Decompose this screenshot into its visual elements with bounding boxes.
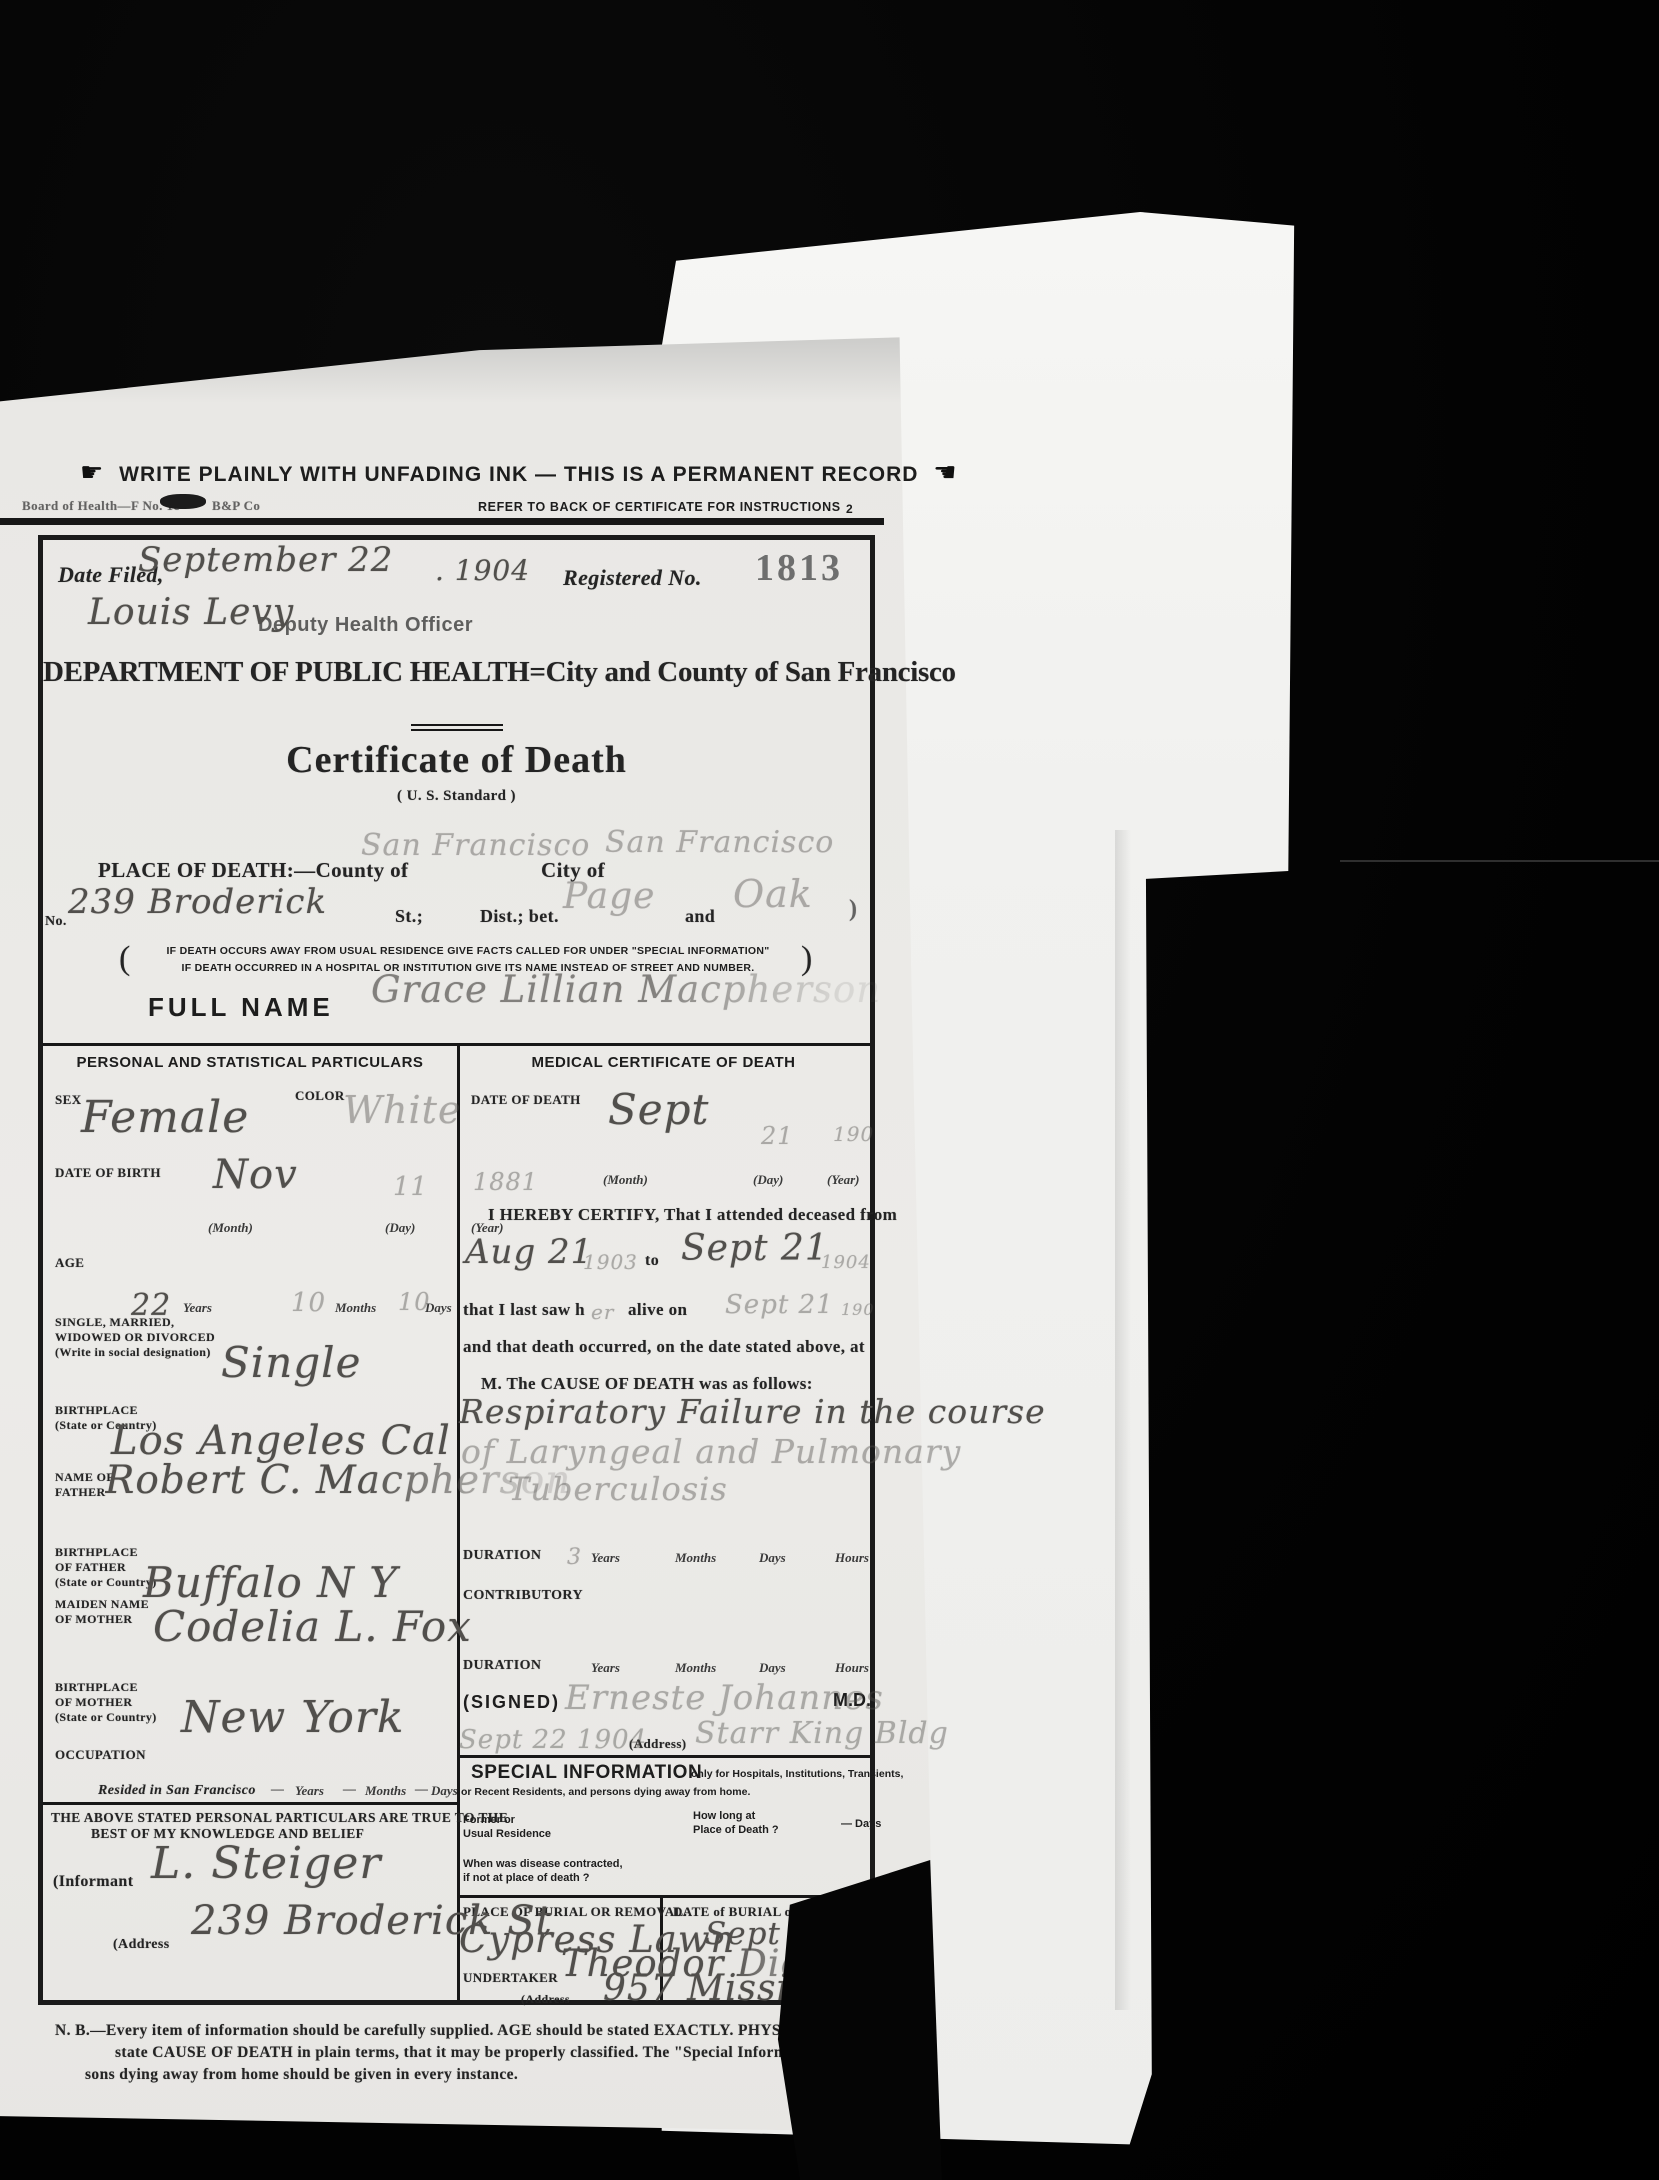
department-title: DEPARTMENT OF PUBLIC HEALTH=City and Cou… — [43, 656, 870, 689]
title-divider — [411, 724, 503, 726]
and-street-value: Oak — [733, 872, 813, 916]
and-label: and — [685, 906, 715, 927]
pointing-hand-right-icon: ☛ — [80, 458, 104, 488]
refer-line: REFER TO BACK OF CERTIFICATE FOR INSTRUC… — [478, 500, 841, 514]
cause-line-3: Tuberculosis — [508, 1470, 728, 1508]
undertaker-label: UNDERTAKER — [463, 1970, 558, 1986]
signed-date-value: Sept 22 1904 — [459, 1725, 647, 1755]
date-of-death-year-caption: (Year) — [827, 1172, 860, 1188]
last-saw-suffix: er — [591, 1300, 614, 1324]
father-birthplace-value: Buffalo N Y — [143, 1558, 398, 1607]
date-of-death-day: 21 — [761, 1122, 794, 1150]
resided-dash-2: — — [343, 1781, 356, 1797]
dob-label: DATE OF BIRTH — [55, 1165, 161, 1181]
board-of-health-line: Board of Health—F No. 1c — [22, 498, 180, 514]
age-months-value: 10 — [291, 1288, 326, 1318]
date-of-death-year: 190 — [833, 1122, 874, 1146]
banner-line: ☛ WRITE PLAINLY WITH UNFADING INK — THIS… — [80, 458, 870, 488]
resided-days-caption: Days — [431, 1783, 458, 1799]
cause-of-death-label: M. The CAUSE OF DEATH was as follows: — [481, 1374, 813, 1394]
date-filed-value: September 22 — [138, 540, 393, 580]
duration-days-caption: Days — [759, 1550, 786, 1566]
date-of-death-month: Sept — [608, 1085, 709, 1134]
resided-years-caption: Years — [295, 1783, 324, 1799]
date-filed-year: . 1904 — [435, 554, 530, 587]
how-long-days-label: — Days — [841, 1818, 881, 1830]
attended-from-value: Aug 21 — [465, 1232, 593, 1272]
left-section-rule — [43, 1802, 457, 1805]
paper-crease — [1115, 830, 1131, 2010]
footer-note-line-2: state CAUSE OF DEATH in plain terms, tha… — [115, 2044, 890, 2062]
duration2-hours-caption: Hours — [835, 1660, 869, 1676]
last-saw-label: that I last saw h — [463, 1300, 585, 1320]
board-of-health-line2: B&P Co — [212, 498, 260, 514]
how-long-label-1: How long at — [693, 1810, 755, 1822]
duration2-years-caption: Years — [591, 1660, 620, 1676]
mother-maiden-label-1: MAIDEN NAME — [55, 1597, 149, 1612]
full-name-label: FULL NAME — [148, 992, 334, 1023]
special-info-subtitle-2: or Recent Residents, and persons dying a… — [461, 1786, 750, 1798]
duration-hours-caption: Hours — [835, 1550, 869, 1566]
page-number: 2 — [846, 502, 853, 516]
scanned-death-certificate: { "banner": { "hand_left": "☛", "text": … — [0, 0, 1659, 2180]
age-months-caption: Months — [335, 1300, 376, 1316]
mother-birthplace-label-2: OF MOTHER — [55, 1695, 133, 1710]
statement-line-1: THE ABOVE STATED PERSONAL PARTICULARS AR… — [51, 1810, 508, 1826]
date-of-death-label: DATE OF DEATH — [471, 1092, 581, 1108]
attended-from-year: 1903 — [583, 1250, 638, 1274]
informant-address-label: (Address — [113, 1937, 170, 1953]
informant-value: L. Steiger — [151, 1838, 381, 1889]
sex-value: Female — [81, 1092, 249, 1143]
resided-dash-1: — — [271, 1781, 284, 1797]
age-label: AGE — [55, 1255, 84, 1271]
residence-note-paren-open: ( — [119, 940, 131, 978]
title-divider2 — [411, 729, 503, 731]
resided-label: Resided in San Francisco — [98, 1783, 256, 1799]
st-label: St.; — [395, 906, 423, 927]
certify-line: I HEREBY CERTIFY, That I attended deceas… — [488, 1205, 897, 1225]
how-long-label-2: Place of Death ? — [693, 1824, 779, 1836]
occupation-label: OCCUPATION — [55, 1747, 146, 1763]
footer-note-line-3: sons dying away from home should be give… — [85, 2066, 518, 2084]
attended-to-year: 1904 — [821, 1252, 871, 1273]
disease-contracted-label-1: When was disease contracted, — [463, 1858, 623, 1870]
column-divider — [457, 1043, 460, 2000]
mother-birthplace-label-3: (State or Country) — [55, 1710, 157, 1725]
duration-years-value: 3 — [567, 1545, 582, 1570]
alive-on-label: alive on — [628, 1300, 687, 1320]
alive-on-value: Sept 21 — [725, 1290, 834, 1320]
color-label: COLOR — [295, 1088, 345, 1104]
dist-bet-label: Dist.; bet. — [480, 906, 559, 927]
street-no-label: No. — [45, 914, 67, 930]
marital-label-2: WIDOWED OR DIVORCED — [55, 1330, 215, 1345]
pointing-hand-left-icon: ☚ — [933, 458, 957, 488]
cause-line-1: Respiratory Failure in the course — [459, 1392, 1046, 1431]
duration-months-caption: Months — [675, 1550, 716, 1566]
closing-mark: ) — [849, 896, 857, 923]
duration2-label: DURATION — [463, 1658, 541, 1674]
sex-label: SEX — [55, 1092, 82, 1108]
torn-corner-blob — [770, 1860, 950, 2180]
duration2-months-caption: Months — [675, 1660, 716, 1676]
health-officer-signature: Louis Levy — [88, 592, 294, 633]
full-name-value: Grace Lillian Macpherson — [371, 968, 881, 1011]
footer-note-line-1: N. B.—Every item of information should b… — [55, 2022, 888, 2040]
cause-line-2: of Laryngeal and Pulmonary — [461, 1432, 961, 1471]
date-of-death-month-caption: (Month) — [603, 1172, 648, 1188]
inspection-stamp-mark — [160, 494, 206, 509]
city-value: San Francisco — [605, 825, 834, 860]
dob-day-caption: (Day) — [385, 1220, 415, 1236]
signed-label: (SIGNED) — [463, 1692, 560, 1713]
registered-no-label: Registered No. — [563, 565, 702, 591]
mother-maiden-value: Codelia L. Fox — [153, 1602, 472, 1651]
age-years-value: 22 — [131, 1288, 171, 1323]
duration-years-caption: Years — [591, 1550, 620, 1566]
certificate-title: Certificate of Death — [43, 738, 870, 782]
duration2-days-caption: Days — [759, 1660, 786, 1676]
between-street-value: Page — [563, 876, 655, 917]
top-heavy-rule — [0, 518, 884, 525]
dob-year-value: 1881 — [473, 1168, 538, 1196]
alive-on-year: 190 — [841, 1300, 875, 1319]
color-value: White — [343, 1088, 461, 1132]
special-top-rule — [457, 1755, 870, 1758]
former-residence-label-2: Usual Residence — [463, 1828, 551, 1840]
special-info-subtitle-1: only for Hospitals, Institutions, Transi… — [691, 1768, 903, 1780]
county-value: San Francisco — [361, 828, 590, 863]
age-years-caption: Years — [183, 1300, 212, 1316]
personal-header: PERSONAL AND STATISTICAL PARTICULARS — [43, 1054, 457, 1071]
undertaker-address-label: (Address — [521, 1992, 570, 2007]
physician-signature: Erneste Johannes — [565, 1678, 884, 1718]
date-of-death-day-caption: (Day) — [753, 1172, 783, 1188]
marital-label-3: (Write in social designation) — [55, 1345, 211, 1360]
mother-birthplace-label-1: BIRTHPLACE — [55, 1680, 138, 1695]
informant-label: (Informant — [53, 1873, 133, 1891]
marital-value: Single — [221, 1338, 361, 1387]
duration-label: DURATION — [463, 1548, 541, 1564]
resided-months-caption: Months — [365, 1783, 406, 1799]
contributory-label: CONTRIBUTORY — [463, 1588, 583, 1604]
street-value: 239 Broderick — [68, 882, 327, 922]
banner-text: WRITE PLAINLY WITH UNFADING INK — THIS I… — [119, 463, 918, 486]
dob-month-caption: (Month) — [208, 1220, 253, 1236]
father-name-label-2: FATHER — [55, 1485, 106, 1500]
dob-month-value: Nov — [213, 1152, 298, 1198]
father-birthplace-label-1: BIRTHPLACE — [55, 1545, 138, 1560]
former-residence-label-1: Former or — [463, 1814, 515, 1826]
age-days-value: 10 — [398, 1288, 431, 1316]
residence-note-1: IF DEATH OCCURS AWAY FROM USUAL RESIDENC… — [138, 945, 798, 957]
mother-birthplace-value: New York — [181, 1692, 405, 1743]
birthplace-label-1: BIRTHPLACE — [55, 1403, 138, 1418]
special-info-title: SPECIAL INFORMATION — [471, 1762, 702, 1784]
registered-no-stamp: 1813 — [755, 546, 843, 590]
father-birthplace-label-2: OF FATHER — [55, 1560, 126, 1575]
us-standard-subtitle: ( U. S. Standard ) — [43, 788, 870, 805]
disease-contracted-label-2: if not at place of death ? — [463, 1872, 590, 1884]
attended-to-label: to — [645, 1252, 659, 1270]
dob-day-value: 11 — [393, 1172, 428, 1202]
certificate-box: Date Filed, September 22 . 1904 Register… — [38, 535, 875, 2005]
mother-maiden-label-2: OF MOTHER — [55, 1612, 133, 1627]
film-scratch-line — [1340, 860, 1659, 862]
signed-address-value: Starr King Bldg — [695, 1716, 949, 1751]
father-birthplace-label-3: (State or Country) — [55, 1575, 157, 1590]
resided-dash-3: — — [415, 1781, 428, 1797]
attended-to-value: Sept 21 — [681, 1228, 829, 1269]
death-occurred-label: and that death occurred, on the date sta… — [463, 1337, 865, 1357]
medical-header: MEDICAL CERTIFICATE OF DEATH — [457, 1054, 870, 1071]
